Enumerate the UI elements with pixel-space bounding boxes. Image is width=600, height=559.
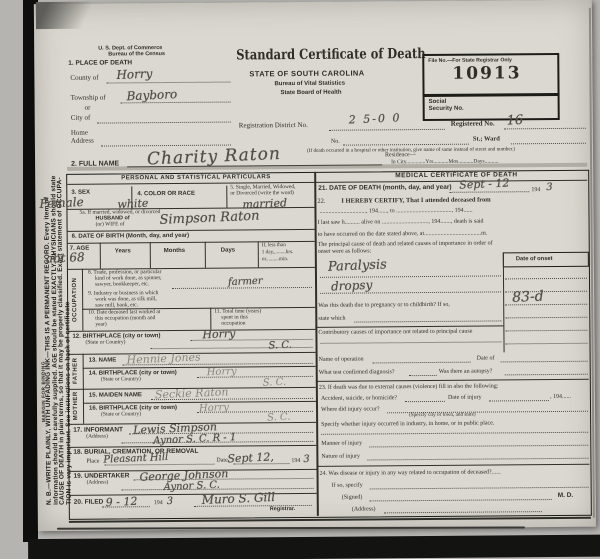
bureau-line: Bureau of Vital Statistics	[274, 81, 345, 88]
birthplace-value: Horry	[202, 327, 235, 341]
last-worked-label3: year)	[95, 323, 106, 329]
birthplace-state: S. C.	[268, 340, 292, 352]
autopsy-label: Was there an autopsy?	[439, 368, 493, 375]
certificate-title: Standard Certificate of Death	[236, 47, 426, 63]
certificate-document: MARGIN FOR BINDING N. B.—WRITE PLAINLY, …	[0, 0, 600, 559]
mother-maiden-label: 15. MAIDEN NAME	[89, 392, 142, 399]
burial-year-printed: 194	[291, 458, 300, 464]
cause-of-death-1: Paralysis	[328, 257, 387, 275]
where-injury-sub: (Specify city or town, and state)	[409, 413, 476, 419]
md-address-label: (Address)	[352, 506, 376, 512]
age-less3: or..........min.	[262, 257, 288, 263]
operation-date-label: Date of	[477, 355, 495, 361]
age-months-label: Months	[164, 248, 185, 254]
burial-place-label: Place	[86, 459, 99, 465]
pregnancy-question1: Was this death due to pregnancy or to ch…	[318, 302, 450, 309]
signed-label: (Signed)	[342, 495, 363, 501]
registered-value: 16	[506, 113, 523, 129]
cause-of-death-2: dropsy	[331, 278, 373, 294]
burial-date-value: Sept 12,	[227, 450, 274, 465]
mother-side-label: MOTHER	[73, 391, 79, 420]
mother-birthplace-value: Horry	[199, 402, 229, 414]
certify-line2: ..............................., 194....…	[319, 208, 472, 215]
last-saw-line: I last saw h.......... alive on ........…	[318, 219, 484, 227]
district-value: 2 5-0 0	[348, 111, 401, 126]
dod-year-written: 3	[546, 182, 553, 193]
personal-header: PERSONAL AND STATISTICAL PARTICULARS	[121, 174, 271, 181]
mother-birthplace-sub: (State or Country)	[101, 412, 141, 418]
registrar-label: Registrar.	[270, 507, 295, 513]
trade-value: farmer	[228, 276, 263, 288]
board-line: State Board of Health	[281, 90, 342, 97]
father-name-label: 13. NAME	[89, 357, 117, 364]
dept-line2: Bureau of the Census	[108, 52, 165, 58]
rule	[226, 186, 227, 208]
injury-date-label: Date of injury	[448, 395, 482, 402]
scanned-death-certificate: MARGIN FOR BINDING N. B.—WRITE PLAINLY, …	[0, 0, 600, 559]
father-birthplace-value: Horry	[207, 366, 237, 378]
ssn-label2: Security No.	[429, 106, 464, 113]
md-label: M. D.	[558, 493, 574, 500]
occupation-side-label: OCCUPATION	[72, 278, 78, 322]
ssn-box: Social Security No.	[423, 94, 560, 121]
husband-label3: (or) WIFE of	[96, 222, 125, 228]
dod-year-printed: 194	[531, 187, 540, 193]
informant-address-label: (Address)	[86, 435, 108, 441]
rule	[100, 243, 101, 269]
filed-label: 20. FILED	[74, 500, 104, 507]
injury-year: , 194......	[550, 394, 571, 400]
city-label: City of	[71, 115, 91, 122]
undertaker-address-label: (Address)	[87, 481, 109, 487]
registered-label: Registered No.	[451, 120, 495, 128]
age-value: abt 68	[46, 250, 85, 266]
contributory-label: Contributory causes of importance not re…	[318, 329, 472, 337]
manner-label: Manner of injury	[321, 441, 362, 448]
ssn-label1: Social	[429, 99, 447, 105]
residence-label: Residence—	[385, 152, 416, 159]
or-label: or	[85, 105, 91, 112]
onset-value: 83-d	[512, 289, 544, 306]
test-label: What test confirmed diagnosis?	[319, 369, 395, 376]
county-label: County of	[70, 75, 98, 83]
occurred-line: to have occurred on the date stated abov…	[318, 231, 488, 239]
pregnancy-question2: state which	[318, 316, 345, 323]
filed-year-written: 3	[167, 496, 174, 507]
birthplace-sub: (State or Country)	[85, 340, 125, 346]
rule	[210, 308, 211, 330]
age-less2: 1 day,.........hrs.	[262, 250, 294, 256]
place-of-death-section: 1. PLACE OF DEATH	[68, 60, 132, 67]
trade-label3: sawyer, bookkeeper, etc.	[95, 282, 149, 288]
district-label: Registration District No.	[239, 122, 308, 130]
certify-number: 22.	[317, 199, 325, 206]
scan-bottom-bar	[28, 535, 600, 559]
rule	[205, 242, 206, 268]
certify-line1: I HEREBY CERTIFY, That I attended deceas…	[341, 198, 490, 206]
onset-header: Date of onset	[516, 256, 553, 262]
scan-artifact	[36, 2, 106, 30]
file-no-value: 10913	[452, 65, 521, 83]
rule	[258, 241, 259, 267]
residence-line: In City..............Yrs...........Mos..…	[391, 159, 498, 166]
scan-fold-line	[57, 526, 525, 529]
onset-header-box: Date of onset	[503, 252, 589, 268]
address-label: Address	[71, 138, 94, 146]
where-injury-label: Where did injury occur?	[321, 406, 380, 413]
full-name-label: 2. FULL NAME	[71, 160, 119, 168]
father-side-label: FATHER	[73, 357, 79, 384]
date-of-death-value: Sept - 12	[459, 176, 510, 191]
burial-year-written: 3	[303, 454, 310, 465]
principal-cause-line2: onset were as follows:	[318, 248, 372, 255]
age-less1: If, less than	[262, 243, 286, 249]
filed-year-printed: 194	[154, 500, 163, 506]
age-days-label: Days	[221, 248, 235, 254]
rule	[131, 186, 132, 208]
nature-label: Nature of injury	[321, 454, 360, 461]
street-no-label: No.	[331, 139, 340, 145]
township-value: Bayboro	[126, 87, 177, 103]
file-no-box: File No.—For State Registrar Only 10913	[422, 53, 559, 96]
rule	[409, 375, 437, 376]
burial-date-label: Date	[216, 458, 227, 464]
street-ward-label: St.; Ward	[473, 136, 500, 143]
rule	[150, 242, 151, 268]
operation-label: Name of operation	[319, 357, 364, 364]
age-years-label: Years	[115, 248, 131, 254]
if-so-specify-label: If so, specify	[332, 483, 363, 490]
state-line: STATE OF SOUTH CAROLINA	[249, 69, 364, 78]
county-value: Horry	[116, 67, 153, 83]
father-birthplace-sub: (State or Country)	[101, 377, 141, 383]
date-of-death-label: 21. DATE OF DEATH (month, day, and year)	[318, 185, 451, 193]
township-label: Township of	[71, 95, 106, 103]
dob-label: 6. DATE OF BIRTH (Month, day, and year)	[72, 233, 189, 240]
accident-label: Accident, suicide, or homicide?	[321, 395, 397, 402]
